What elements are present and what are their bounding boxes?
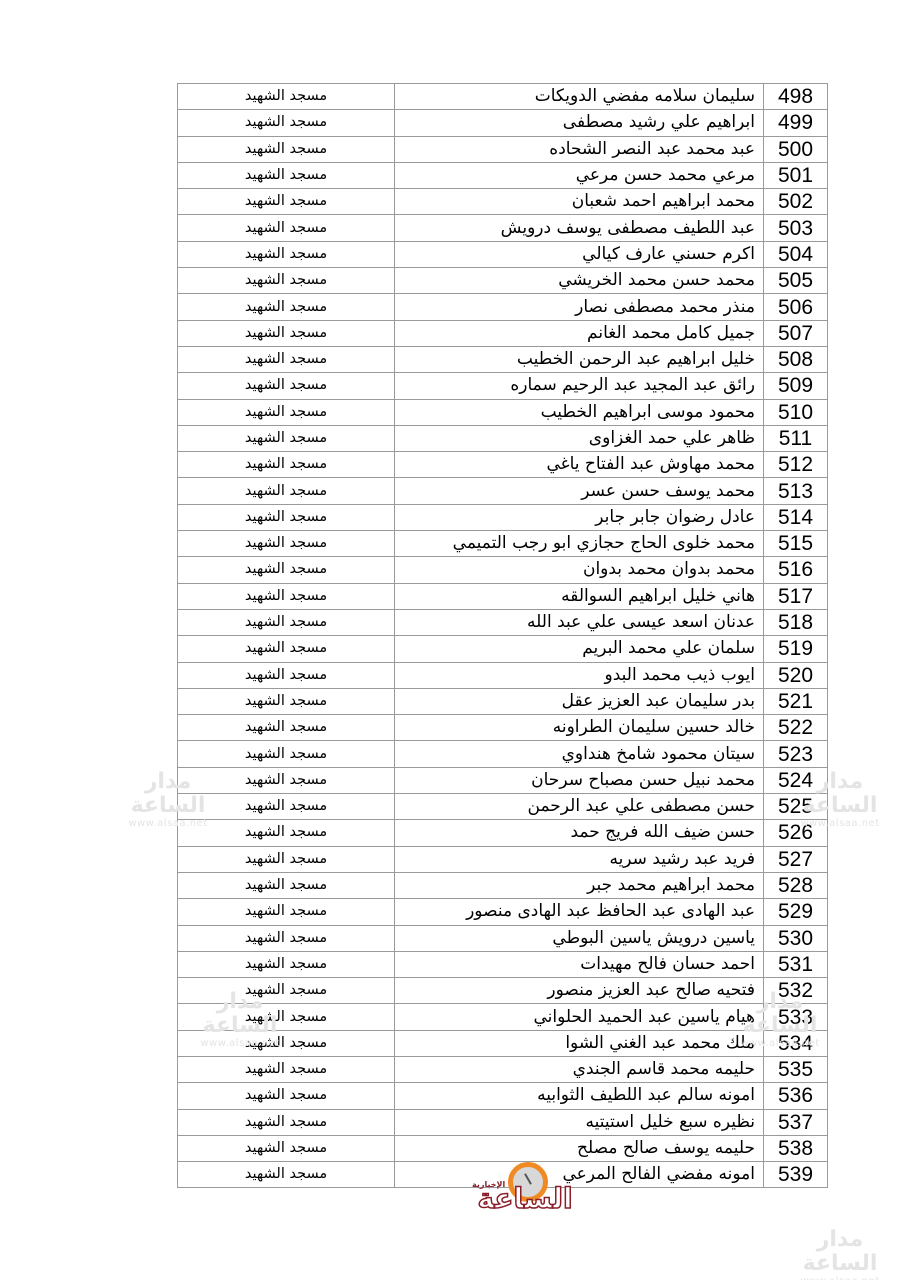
row-number: 505	[764, 268, 828, 294]
location-cell: مسجد الشهيد	[178, 425, 395, 451]
brand-logo: الإخبارية الساعة	[470, 1160, 580, 1220]
table-row: 523سيتان محمود شامخ هنداويمسجد الشهيد	[178, 741, 828, 767]
table-row: 532فتحيه صالح عبد العزيز منصورمسجد الشهي…	[178, 978, 828, 1004]
person-name: هيام ياسين عبد الحميد الحلواني	[395, 1004, 764, 1030]
location-cell: مسجد الشهيد	[178, 794, 395, 820]
row-number: 514	[764, 504, 828, 530]
location-cell: مسجد الشهيد	[178, 925, 395, 951]
person-name: خالد حسين سليمان الطراونه	[395, 715, 764, 741]
table-row: 504اكرم حسني عارف كياليمسجد الشهيد	[178, 241, 828, 267]
table-row: 535حليمه محمد قاسم الجنديمسجد الشهيد	[178, 1056, 828, 1082]
table-row: 526حسن ضيف الله فريج حمدمسجد الشهيد	[178, 820, 828, 846]
table-row: 512محمد مهاوش عبد الفتاح ياغيمسجد الشهيد	[178, 452, 828, 478]
location-cell: مسجد الشهيد	[178, 1135, 395, 1161]
row-number: 517	[764, 583, 828, 609]
row-number: 533	[764, 1004, 828, 1030]
person-name: عدنان اسعد عيسى علي عبد الله	[395, 609, 764, 635]
person-name: حليمه محمد قاسم الجندي	[395, 1056, 764, 1082]
row-number: 513	[764, 478, 828, 504]
person-name: منذر محمد مصطفى نصار	[395, 294, 764, 320]
location-cell: مسجد الشهيد	[178, 162, 395, 188]
location-cell: مسجد الشهيد	[178, 557, 395, 583]
person-name: محمد خلوى الحاج حجازي ابو رجب التميمي	[395, 531, 764, 557]
row-number: 519	[764, 636, 828, 662]
table-row: 500عبد محمد عبد النصر الشحادهمسجد الشهيد	[178, 136, 828, 162]
table-row: 513محمد يوسف حسن عسرمسجد الشهيد	[178, 478, 828, 504]
location-cell: مسجد الشهيد	[178, 478, 395, 504]
location-cell: مسجد الشهيد	[178, 110, 395, 136]
row-number: 531	[764, 951, 828, 977]
row-number: 535	[764, 1056, 828, 1082]
location-cell: مسجد الشهيد	[178, 583, 395, 609]
location-cell: مسجد الشهيد	[178, 504, 395, 530]
table-row: 528محمد ابراهيم محمد جبرمسجد الشهيد	[178, 872, 828, 898]
location-cell: مسجد الشهيد	[178, 899, 395, 925]
person-name: ظاهر علي حمد الغزاوى	[395, 425, 764, 451]
person-name: بدر سليمان عبد العزيز عقل	[395, 688, 764, 714]
row-number: 523	[764, 741, 828, 767]
person-name: اكرم حسني عارف كيالي	[395, 241, 764, 267]
row-number: 527	[764, 846, 828, 872]
row-number: 522	[764, 715, 828, 741]
row-number: 534	[764, 1030, 828, 1056]
location-cell: مسجد الشهيد	[178, 609, 395, 635]
row-number: 503	[764, 215, 828, 241]
table-row: 510محمود موسى ابراهيم الخطيبمسجد الشهيد	[178, 399, 828, 425]
location-cell: مسجد الشهيد	[178, 1030, 395, 1056]
row-number: 508	[764, 346, 828, 372]
person-name: امونه سالم عبد اللطيف الثوابيه	[395, 1083, 764, 1109]
person-name: جميل كامل محمد الغانم	[395, 320, 764, 346]
row-number: 509	[764, 373, 828, 399]
location-cell: مسجد الشهيد	[178, 951, 395, 977]
row-number: 507	[764, 320, 828, 346]
location-cell: مسجد الشهيد	[178, 189, 395, 215]
table-row: 519سلمان علي محمد البريممسجد الشهيد	[178, 636, 828, 662]
location-cell: مسجد الشهيد	[178, 1004, 395, 1030]
person-name: محمد ابراهيم احمد شعبان	[395, 189, 764, 215]
table-row: 517هاني خليل ابراهيم السوالقهمسجد الشهيد	[178, 583, 828, 609]
watermark-brand: مدار الساعة	[790, 1228, 890, 1276]
location-cell: مسجد الشهيد	[178, 741, 395, 767]
row-number: 500	[764, 136, 828, 162]
row-number: 526	[764, 820, 828, 846]
person-name: سيتان محمود شامخ هنداوي	[395, 741, 764, 767]
row-number: 502	[764, 189, 828, 215]
table-row: 514عادل رضوان جابر جابرمسجد الشهيد	[178, 504, 828, 530]
person-name: ياسين درويش ياسين البوطي	[395, 925, 764, 951]
table-row: 524محمد نبيل حسن مصباح سرحانمسجد الشهيد	[178, 767, 828, 793]
row-number: 506	[764, 294, 828, 320]
table-row: 518عدنان اسعد عيسى علي عبد اللهمسجد الشه…	[178, 609, 828, 635]
table-row: 503عبد اللطيف مصطفى يوسف درويشمسجد الشهي…	[178, 215, 828, 241]
person-name: فريد عبد رشيد سريه	[395, 846, 764, 872]
table-row: 537نظيره سبع خليل استيتيهمسجد الشهيد	[178, 1109, 828, 1135]
person-name: محمد نبيل حسن مصباح سرحان	[395, 767, 764, 793]
row-number: 539	[764, 1162, 828, 1188]
location-cell: مسجد الشهيد	[178, 872, 395, 898]
location-cell: مسجد الشهيد	[178, 846, 395, 872]
person-name: رائق عبد المجيد عبد الرحيم سماره	[395, 373, 764, 399]
table-row: 534ملك محمد عبد الغني الشوامسجد الشهيد	[178, 1030, 828, 1056]
person-name: خليل ابراهيم عبد الرحمن الخطيب	[395, 346, 764, 372]
table-row: 516محمد بدوان محمد بدوانمسجد الشهيد	[178, 557, 828, 583]
person-name: عادل رضوان جابر جابر	[395, 504, 764, 530]
location-cell: مسجد الشهيد	[178, 399, 395, 425]
document-page: 498سليمان سلامه مفضي الدويكاتمسجد الشهيد…	[0, 0, 904, 1280]
row-number: 538	[764, 1135, 828, 1161]
table-row: 505محمد حسن محمد الخريشيمسجد الشهيد	[178, 268, 828, 294]
table-row: 538حليمه يوسف صالح مصلحمسجد الشهيد	[178, 1135, 828, 1161]
person-name: محمد بدوان محمد بدوان	[395, 557, 764, 583]
person-name: هاني خليل ابراهيم السوالقه	[395, 583, 764, 609]
row-number: 511	[764, 425, 828, 451]
person-name: احمد حسان فالح مهيدات	[395, 951, 764, 977]
logo-name: الساعة	[470, 1182, 580, 1215]
table-row: 536امونه سالم عبد اللطيف الثوابيهمسجد ال…	[178, 1083, 828, 1109]
location-cell: مسجد الشهيد	[178, 84, 395, 110]
location-cell: مسجد الشهيد	[178, 1162, 395, 1188]
row-number: 504	[764, 241, 828, 267]
table-row: 508خليل ابراهيم عبد الرحمن الخطيبمسجد ال…	[178, 346, 828, 372]
row-number: 518	[764, 609, 828, 635]
row-number: 521	[764, 688, 828, 714]
row-number: 501	[764, 162, 828, 188]
person-name: سلمان علي محمد البريم	[395, 636, 764, 662]
table-row: 501مرعي محمد حسن مرعيمسجد الشهيد	[178, 162, 828, 188]
table-row: 529عبد الهادى عبد الحافظ عبد الهادى منصو…	[178, 899, 828, 925]
location-cell: مسجد الشهيد	[178, 767, 395, 793]
row-number: 499	[764, 110, 828, 136]
location-cell: مسجد الشهيد	[178, 215, 395, 241]
table-row: 521بدر سليمان عبد العزيز عقلمسجد الشهيد	[178, 688, 828, 714]
row-number: 525	[764, 794, 828, 820]
location-cell: مسجد الشهيد	[178, 636, 395, 662]
location-cell: مسجد الشهيد	[178, 241, 395, 267]
row-number: 532	[764, 978, 828, 1004]
person-name: سليمان سلامه مفضي الدويكات	[395, 84, 764, 110]
watermark-url: www.alsaa.net	[790, 1276, 890, 1280]
row-number: 498	[764, 84, 828, 110]
location-cell: مسجد الشهيد	[178, 1109, 395, 1135]
table-row: 531احمد حسان فالح مهيداتمسجد الشهيد	[178, 951, 828, 977]
row-number: 528	[764, 872, 828, 898]
location-cell: مسجد الشهيد	[178, 688, 395, 714]
row-number: 516	[764, 557, 828, 583]
location-cell: مسجد الشهيد	[178, 452, 395, 478]
person-name: عبد محمد عبد النصر الشحاده	[395, 136, 764, 162]
table-body: 498سليمان سلامه مفضي الدويكاتمسجد الشهيد…	[178, 84, 828, 1188]
location-cell: مسجد الشهيد	[178, 320, 395, 346]
table-row: 499ابراهيم علي رشيد مصطفىمسجد الشهيد	[178, 110, 828, 136]
location-cell: مسجد الشهيد	[178, 1083, 395, 1109]
location-cell: مسجد الشهيد	[178, 268, 395, 294]
location-cell: مسجد الشهيد	[178, 715, 395, 741]
row-number: 530	[764, 925, 828, 951]
person-name: ملك محمد عبد الغني الشوا	[395, 1030, 764, 1056]
person-name: حسن ضيف الله فريج حمد	[395, 820, 764, 846]
person-name: محمود موسى ابراهيم الخطيب	[395, 399, 764, 425]
table-row: 509رائق عبد المجيد عبد الرحيم سمارهمسجد …	[178, 373, 828, 399]
location-cell: مسجد الشهيد	[178, 820, 395, 846]
person-name: حليمه يوسف صالح مصلح	[395, 1135, 764, 1161]
table-row: 525حسن مصطفى علي عبد الرحمنمسجد الشهيد	[178, 794, 828, 820]
names-table: 498سليمان سلامه مفضي الدويكاتمسجد الشهيد…	[177, 83, 828, 1188]
person-name: عبد اللطيف مصطفى يوسف درويش	[395, 215, 764, 241]
location-cell: مسجد الشهيد	[178, 346, 395, 372]
table-row: 511ظاهر علي حمد الغزاوىمسجد الشهيد	[178, 425, 828, 451]
row-number: 537	[764, 1109, 828, 1135]
row-number: 515	[764, 531, 828, 557]
person-name: حسن مصطفى علي عبد الرحمن	[395, 794, 764, 820]
table-row: 533هيام ياسين عبد الحميد الحلوانيمسجد ال…	[178, 1004, 828, 1030]
location-cell: مسجد الشهيد	[178, 373, 395, 399]
table-row: 498سليمان سلامه مفضي الدويكاتمسجد الشهيد	[178, 84, 828, 110]
table-row: 520ايوب ذيب محمد البدومسجد الشهيد	[178, 662, 828, 688]
table-row: 522خالد حسين سليمان الطراونهمسجد الشهيد	[178, 715, 828, 741]
row-number: 524	[764, 767, 828, 793]
person-name: نظيره سبع خليل استيتيه	[395, 1109, 764, 1135]
row-number: 512	[764, 452, 828, 478]
row-number: 520	[764, 662, 828, 688]
person-name: محمد مهاوش عبد الفتاح ياغي	[395, 452, 764, 478]
row-number: 529	[764, 899, 828, 925]
location-cell: مسجد الشهيد	[178, 136, 395, 162]
location-cell: مسجد الشهيد	[178, 531, 395, 557]
location-cell: مسجد الشهيد	[178, 662, 395, 688]
person-name: ابراهيم علي رشيد مصطفى	[395, 110, 764, 136]
row-number: 536	[764, 1083, 828, 1109]
table-row: 502محمد ابراهيم احمد شعبانمسجد الشهيد	[178, 189, 828, 215]
table-row: 515محمد خلوى الحاج حجازي ابو رجب التميمي…	[178, 531, 828, 557]
person-name: فتحيه صالح عبد العزيز منصور	[395, 978, 764, 1004]
table-row: 507جميل كامل محمد الغانممسجد الشهيد	[178, 320, 828, 346]
person-name: ايوب ذيب محمد البدو	[395, 662, 764, 688]
person-name: محمد ابراهيم محمد جبر	[395, 872, 764, 898]
person-name: محمد يوسف حسن عسر	[395, 478, 764, 504]
table-row: 530ياسين درويش ياسين البوطيمسجد الشهيد	[178, 925, 828, 951]
table-row: 527فريد عبد رشيد سريهمسجد الشهيد	[178, 846, 828, 872]
location-cell: مسجد الشهيد	[178, 294, 395, 320]
person-name: عبد الهادى عبد الحافظ عبد الهادى منصور	[395, 899, 764, 925]
table-row: 506منذر محمد مصطفى نصارمسجد الشهيد	[178, 294, 828, 320]
location-cell: مسجد الشهيد	[178, 1056, 395, 1082]
watermark-bottom-right: مدار الساعة www.alsaa.net	[790, 1228, 890, 1280]
location-cell: مسجد الشهيد	[178, 978, 395, 1004]
person-name: محمد حسن محمد الخريشي	[395, 268, 764, 294]
person-name: مرعي محمد حسن مرعي	[395, 162, 764, 188]
row-number: 510	[764, 399, 828, 425]
